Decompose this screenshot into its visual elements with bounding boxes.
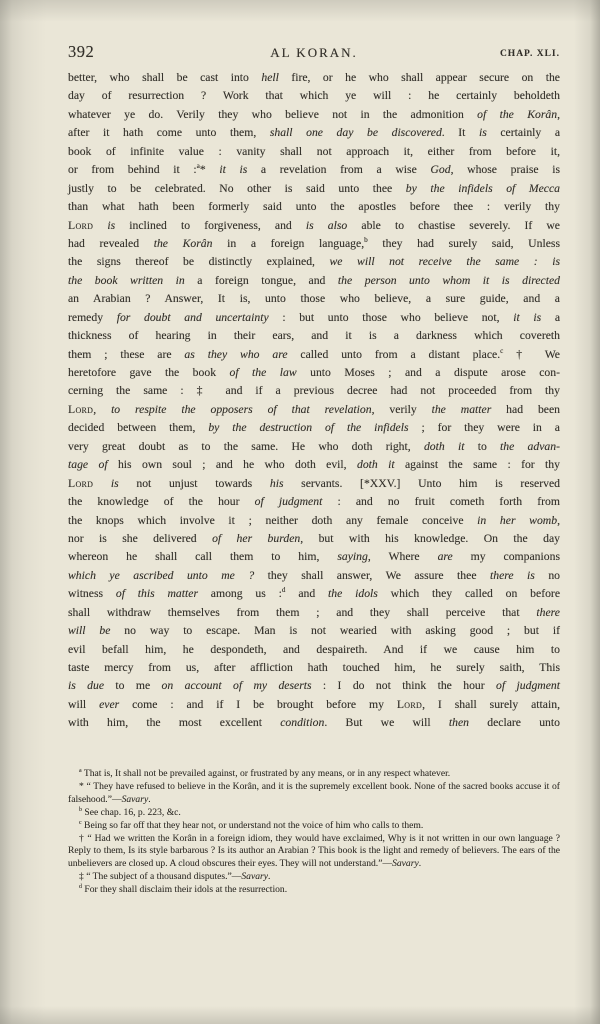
italic-segment: the advan- <box>500 440 560 453</box>
text-segment: not unjust towards <box>119 477 270 490</box>
text-segment: unto Moses ; and a dispute arose con- <box>297 366 560 379</box>
text-segment: That is, It shall not be prevailed again… <box>82 768 451 779</box>
text-segment: , Where <box>368 550 438 563</box>
italic-segment: of judgment <box>496 679 560 692</box>
body-text: better, who shall be cast into hell fire… <box>68 69 560 733</box>
italic-segment: saying <box>337 550 368 563</box>
italic-segment: which ye ascribed unto me ? <box>68 569 254 582</box>
body-line: the knops which involve it ; neither dot… <box>68 512 560 530</box>
body-line: thickness of hearing in their ears, and … <box>68 327 560 345</box>
body-line: cerning the same : ‡ and if a previous d… <box>68 382 560 400</box>
italic-segment: will be <box>68 624 110 637</box>
text-segment: : and no fruit cometh forth from <box>322 495 560 508</box>
text-segment: ; for they were in a <box>409 421 560 434</box>
text-segment: called unto from a distant place. <box>288 348 501 361</box>
italic-segment: the book written in <box>68 274 185 287</box>
text-segment: against the same : for thy <box>395 458 560 471</box>
text-segment: nor is she delivered <box>68 532 212 545</box>
footnote: † “ Had we written the Korân in a foreig… <box>68 833 560 872</box>
body-line: Lord is inclined to forgiveness, and is … <box>68 217 560 235</box>
text-segment: , whose praise is <box>451 163 560 176</box>
text-segment: cerning the same : ‡ and if a previous d… <box>68 384 560 397</box>
italic-segment: we will not receive the same : is <box>330 255 560 268</box>
body-line: whereon he shall call them to him, sayin… <box>68 548 560 566</box>
body-line: Lord is not unjust towards his servants.… <box>68 475 560 493</box>
italic-segment: is <box>479 126 487 139</box>
text-segment <box>93 477 111 490</box>
italic-segment: as they who are <box>184 348 287 361</box>
text-segment: See chap. 16, p. 223, &c. <box>82 807 181 818</box>
italic-segment: are <box>438 550 453 563</box>
text-segment: them ; these are <box>68 348 184 361</box>
italic-segment: the matter <box>432 403 492 416</box>
text-segment: they shall answer, We assure thee <box>254 569 490 582</box>
text-segment: the knops which involve it ; neither dot… <box>68 514 477 527</box>
text-segment: justly to be celebrated. No other is sai… <box>68 182 406 195</box>
text-segment: after it hath come unto them, <box>68 126 270 139</box>
italic-segment: is <box>107 219 115 232</box>
text-segment: to me <box>104 679 162 692</box>
text-segment: witness <box>68 587 116 600</box>
body-line: will be no way to escape. Man is not wea… <box>68 622 560 640</box>
text-segment: better, who shall be cast into <box>68 71 261 84</box>
text-segment: taste mercy from us, after affliction ha… <box>68 661 560 674</box>
text-segment: . <box>268 871 270 882</box>
body-line: the signs thereof be distinctly explaine… <box>68 253 560 271</box>
text-segment: evil befall him, he despondeth, and desp… <box>68 643 560 656</box>
text-segment: the knowledge of the hour <box>68 495 255 508</box>
text-segment: fire, or he who shall appear secure on t… <box>279 71 560 84</box>
italic-segment: is <box>111 477 119 490</box>
text-segment: a <box>541 311 560 324</box>
body-line: is due to me on account of my deserts : … <box>68 677 560 695</box>
book-page: 392 AL KORAN. CHAP. XLI. better, who sha… <box>0 0 600 1024</box>
text-segment: or from behind it : <box>68 163 197 176</box>
body-line: decided between them, by the destruction… <box>68 419 560 437</box>
footnote: c Being so far off that they hear not, o… <box>68 820 560 833</box>
text-segment: † We <box>503 348 560 361</box>
body-line: justly to be celebrated. No other is sai… <box>68 180 560 198</box>
text-segment: shall withdraw themselves from them ; an… <box>68 606 536 619</box>
italic-segment: shall one day be discovered <box>270 126 442 139</box>
footnote: a That is, It shall not be prevailed aga… <box>68 768 560 781</box>
italic-segment: of this matter <box>116 587 198 600</box>
italic-segment: by the infidels of Mecca <box>406 182 560 195</box>
text-segment: had been <box>491 403 560 416</box>
text-segment: day of resurrection ? Work that which ye… <box>68 89 560 102</box>
body-line: tage of his own soul ; and he who doth e… <box>68 456 560 474</box>
text-segment: . It <box>442 126 479 139</box>
footnote: b See chap. 16, p. 223, &c. <box>68 807 560 820</box>
text-segment: had revealed <box>68 237 154 250</box>
italic-segment: the idols <box>328 587 378 600</box>
chapter-label: CHAP. XLI. <box>500 49 560 59</box>
italic-segment: for doubt and uncertainty <box>117 311 269 324</box>
italic-segment: ever <box>99 698 119 711</box>
italic-segment: is also <box>306 219 347 232</box>
italic-segment: tage of <box>68 458 108 471</box>
body-line: nor is she delivered of her burden, but … <box>68 530 560 548</box>
text-segment: a revelation from a wise <box>247 163 430 176</box>
text-segment: no way to escape. Man is not wearied wit… <box>110 624 560 637</box>
page-edge-shadow-bottom <box>0 1006 600 1024</box>
text-segment: , <box>93 403 111 416</box>
text-segment: certainly a <box>487 126 560 139</box>
text-segment: * <box>200 163 220 176</box>
text-segment: among us : <box>198 587 282 600</box>
text-segment: , verily <box>372 403 432 416</box>
text-segment: , but with his knowledge. On the day <box>300 532 560 545</box>
text-segment: they had surely said, Unless <box>368 237 560 250</box>
body-line: better, who shall be cast into hell fire… <box>68 69 560 87</box>
body-line: day of resurrection ? Work that which ye… <box>68 87 560 105</box>
text-segment: my companions <box>453 550 560 563</box>
text-segment: an Arabian ? Answer, It is, unto those w… <box>68 292 560 305</box>
text-segment: , I shall surely attain, <box>422 698 560 711</box>
body-line: whatever ye do. Verily they who believe … <box>68 106 560 124</box>
smallcaps-segment: Lord <box>68 219 93 232</box>
italic-segment: of her burden <box>212 532 300 545</box>
italic-segment: of the law <box>230 366 297 379</box>
text-segment: no <box>535 569 560 582</box>
body-line: the knowledge of the hour of judgment : … <box>68 493 560 511</box>
smallcaps-segment: Lord <box>397 698 422 711</box>
text-segment: book of infinite value : vanity shall no… <box>68 145 560 158</box>
body-line: very great doubt as to the same. He who … <box>68 438 560 456</box>
page-header: 392 AL KORAN. CHAP. XLI. <box>68 42 560 64</box>
text-segment: heretofore gave the book <box>68 366 230 379</box>
body-line: will ever come : and if I be brought bef… <box>68 696 560 714</box>
text-segment: which they called on before <box>378 587 560 600</box>
italic-segment: the person unto whom it is directed <box>338 274 560 287</box>
text-segment: † “ Had we written the Korân in a foreig… <box>68 833 560 870</box>
text-segment: the signs thereof be distinctly explaine… <box>68 255 330 268</box>
text-segment: For they shall disclaim their idols at t… <box>82 884 287 895</box>
text-segment: : but unto those who believe not, <box>269 311 514 324</box>
text-segment: decided between them, <box>68 421 208 434</box>
italic-segment: it is <box>219 163 247 176</box>
body-line: book of infinite value : vanity shall no… <box>68 143 560 161</box>
text-segment: able to chastise severely. If we <box>347 219 560 232</box>
italic-segment: is due <box>68 679 104 692</box>
body-line: or from behind it :a* it is a revelation… <box>68 161 560 179</box>
body-line: the book written in a foreign tongue, an… <box>68 272 560 290</box>
text-segment: whereon he shall call them to him, <box>68 550 337 563</box>
italic-segment: there <box>536 606 560 619</box>
italic-segment: in her womb <box>477 514 557 527</box>
text-segment: to <box>464 440 500 453</box>
body-line: taste mercy from us, after affliction ha… <box>68 659 560 677</box>
italic-segment: Savary <box>241 871 268 882</box>
footnote: d For they shall disclaim their idols at… <box>68 884 560 897</box>
text-segment <box>93 219 107 232</box>
body-line: which ye ascribed unto me ? they shall a… <box>68 567 560 585</box>
body-line: an Arabian ? Answer, It is, unto those w… <box>68 290 560 308</box>
footnotes: a That is, It shall not be prevailed aga… <box>68 768 560 897</box>
italic-segment: God <box>430 163 450 176</box>
text-segment: a foreign tongue, and <box>185 274 338 287</box>
body-line: remedy for doubt and uncertainty : but u… <box>68 309 560 327</box>
text-segment: declare unto <box>469 716 560 729</box>
body-line: evil befall him, he despondeth, and desp… <box>68 641 560 659</box>
text-segment: remedy <box>68 311 117 324</box>
italic-segment: hell <box>261 71 279 84</box>
italic-segment: to respite the opposers of that revelati… <box>111 403 372 416</box>
body-line: had revealed the Korân in a foreign lang… <box>68 235 560 253</box>
text-segment: and <box>286 587 329 600</box>
text-segment: very great doubt as to the same. He who … <box>68 440 424 453</box>
text-segment: with him, the most excellent <box>68 716 280 729</box>
italic-segment: it is <box>513 311 541 324</box>
running-title: AL KORAN. <box>68 45 560 61</box>
italic-segment: by the destruction of the infidels <box>208 421 408 434</box>
body-line: after it hath come unto them, shall one … <box>68 124 560 142</box>
page-edge-shadow-top <box>0 0 600 22</box>
italic-segment: his <box>270 477 284 490</box>
text-segment: ‡ “ The subject of a thousand disputes.”… <box>79 871 241 882</box>
text-segment: , <box>557 108 560 121</box>
italic-segment: of the Korân <box>477 108 557 121</box>
italic-segment: condition <box>280 716 324 729</box>
body-line: them ; these are as they who are called … <box>68 346 560 364</box>
text-segment: in a foreign language, <box>212 237 364 250</box>
italic-segment: Savary <box>392 858 419 869</box>
text-segment: . <box>148 794 150 805</box>
italic-segment: on account of my deserts <box>162 679 312 692</box>
italic-segment: Savary <box>122 794 149 805</box>
text-segment: servants. [*XXV.] Unto him is reserved <box>284 477 561 490</box>
body-line: Lord, to respite the opposers of that re… <box>68 401 560 419</box>
page-edge-shadow-left <box>0 0 46 1024</box>
body-line: shall withdraw themselves from them ; an… <box>68 604 560 622</box>
body-line: with him, the most excellent condition. … <box>68 714 560 732</box>
text-segment: , <box>557 514 560 527</box>
footnote: ‡ “ The subject of a thousand disputes.”… <box>68 871 560 884</box>
footnote: * “ They have refused to believe in the … <box>68 781 560 807</box>
italic-segment: the Korân <box>154 237 213 250</box>
body-line: heretofore gave the book of the law unto… <box>68 364 560 382</box>
body-line: witness of this matter among us :d and t… <box>68 585 560 603</box>
text-segment: than what hath been formerly said unto t… <box>68 200 560 213</box>
text-segment: : I do not think the hour <box>312 679 496 692</box>
italic-segment: there is <box>490 569 535 582</box>
text-segment: come : and if I be brought before my <box>119 698 397 711</box>
italic-segment: doth it <box>424 440 465 453</box>
italic-segment: of judgment <box>255 495 323 508</box>
text-segment: . <box>419 858 421 869</box>
page-edge-shadow-right <box>574 0 600 1024</box>
body-line: than what hath been formerly said unto t… <box>68 198 560 216</box>
text-segment: his own soul ; and he who doth evil, <box>108 458 357 471</box>
smallcaps-segment: Lord <box>68 477 93 490</box>
text-segment: will <box>68 698 99 711</box>
text-segment: . But we will <box>324 716 449 729</box>
italic-segment: doth it <box>357 458 395 471</box>
smallcaps-segment: Lord <box>68 403 93 416</box>
italic-segment: then <box>449 716 469 729</box>
text-segment: thickness of hearing in their ears, and … <box>68 329 560 342</box>
text-segment: Being so far off that they hear not, or … <box>82 820 424 831</box>
text-segment: inclined to forgiveness, and <box>115 219 306 232</box>
text-segment: whatever ye do. Verily they who believe … <box>68 108 477 121</box>
